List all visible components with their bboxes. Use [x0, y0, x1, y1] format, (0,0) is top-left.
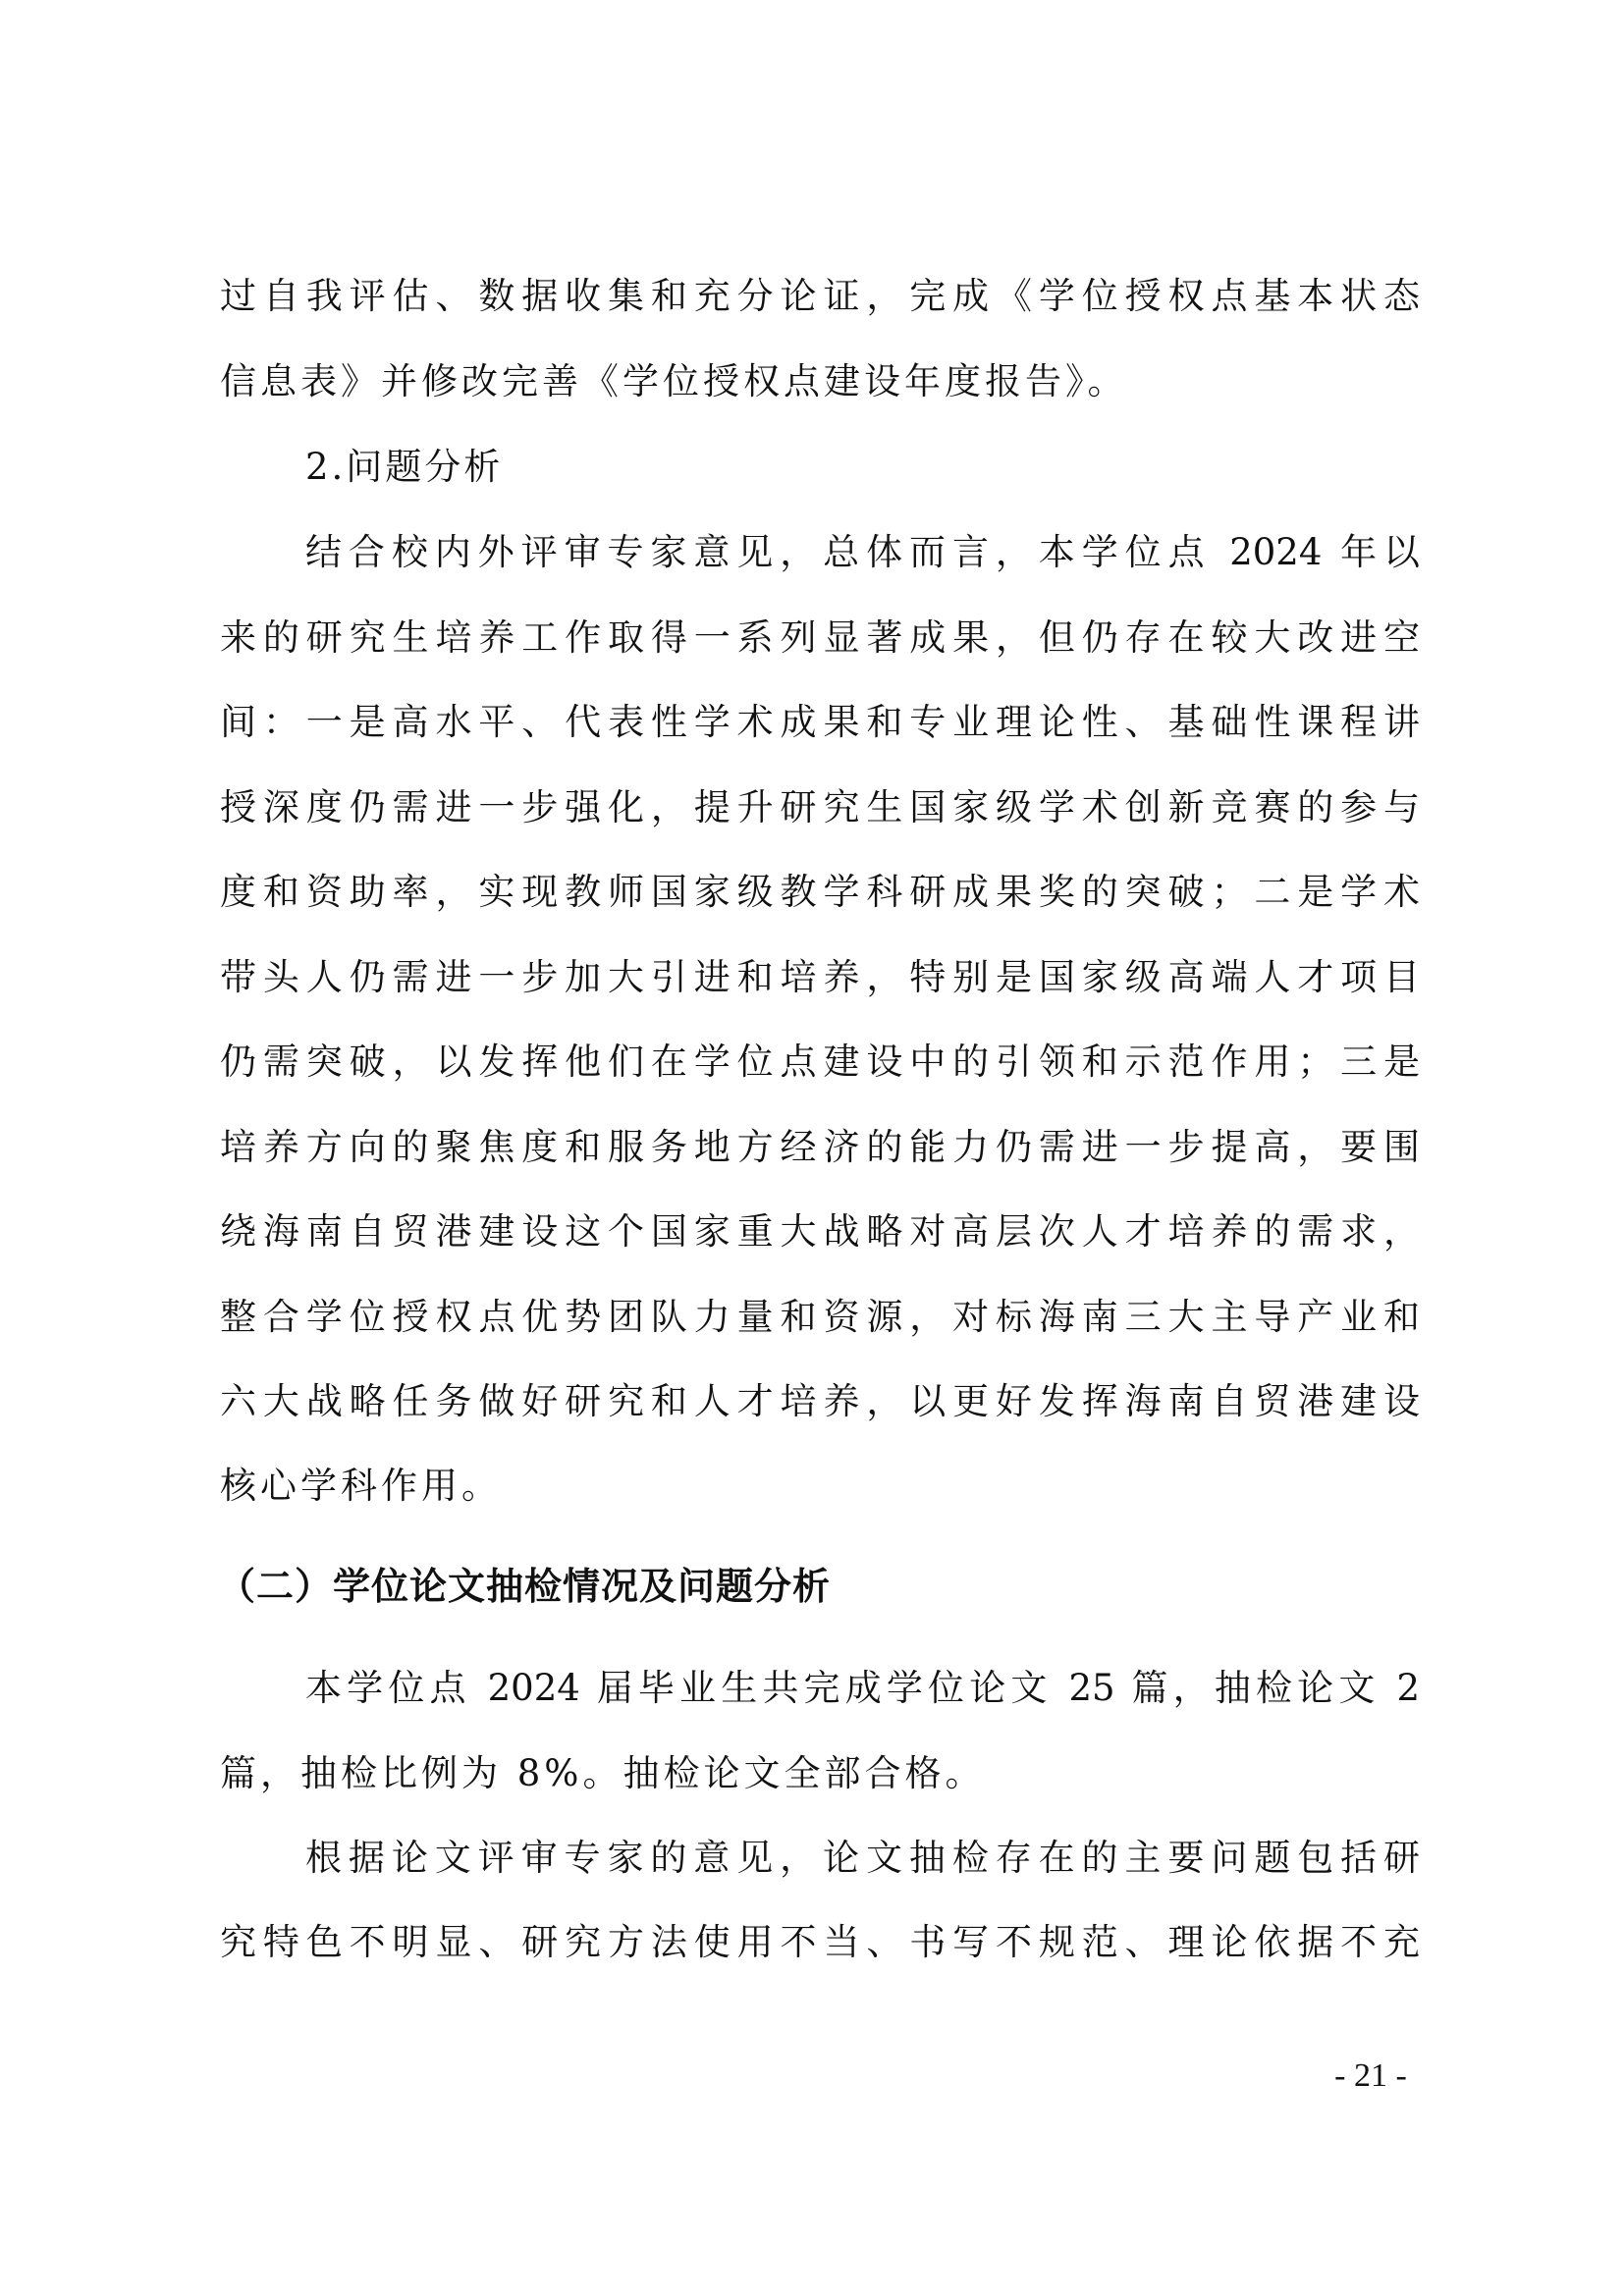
paragraph-line: 授深度仍需进一步强化，提升研究生国家级学术创新竞赛的参与: [220, 778, 1420, 837]
document-page: 过自我评估、数据收集和充分论证，完成《学位授权点基本状态 信息表》并修改完善《学…: [0, 0, 1624, 2296]
section-heading: （二）学位论文抽检情况及问题分析: [218, 1557, 831, 1616]
paragraph-line: 仍需突破，以发挥他们在学位点建设中的引领和示范作用；三是: [220, 1033, 1420, 1092]
paragraph-line: 绕海南自贸港建设这个国家重大战略对高层次人才培养的需求，: [220, 1202, 1420, 1261]
paragraph-line: 信息表》并修改完善《学位授权点建设年度报告》。: [220, 352, 1420, 411]
paragraph-line: 来的研究生培养工作取得一系列显著成果，但仍存在较大改进空: [220, 609, 1420, 667]
paragraph-line: 根据论文评审专家的意见，论文抽检存在的主要问题包括研: [305, 1829, 1420, 1888]
paragraph-line: 篇，抽检比例为 8%。抽检论文全部合格。: [220, 1744, 1420, 1803]
paragraph-line: 整合学位授权点优势团队力量和资源，对标海南三大主导产业和: [220, 1288, 1420, 1347]
paragraph-line: 结合校内外评审专家意见，总体而言，本学位点 2024 年以: [305, 523, 1420, 582]
paragraph-line: 间：一是高水平、代表性学术成果和专业理论性、基础性课程讲: [220, 693, 1420, 752]
paragraph-line: 究特色不明显、研究方法使用不当、书写不规范、理论依据不充: [220, 1913, 1420, 1972]
page-number: - 21 -: [1316, 2054, 1426, 2099]
subsection-heading: 2.问题分析: [305, 438, 1420, 497]
paragraph-line: 培养方向的聚焦度和服务地方经济的能力仍需进一步提高，要围: [220, 1118, 1420, 1177]
paragraph-line: 度和资助率，实现教师国家级教学科研成果奖的突破；二是学术: [220, 863, 1420, 922]
paragraph-line: 六大战略任务做好研究和人才培养，以更好发挥海南自贸港建设: [220, 1372, 1420, 1431]
paragraph-line: 本学位点 2024 届毕业生共完成学位论文 25 篇，抽检论文 2: [305, 1659, 1420, 1718]
paragraph-line: 过自我评估、数据收集和充分论证，完成《学位授权点基本状态: [220, 267, 1420, 326]
paragraph-line: 带头人仍需进一步加大引进和培养，特别是国家级高端人才项目: [220, 948, 1420, 1007]
paragraph-line: 核心学科作用。: [220, 1457, 1420, 1516]
